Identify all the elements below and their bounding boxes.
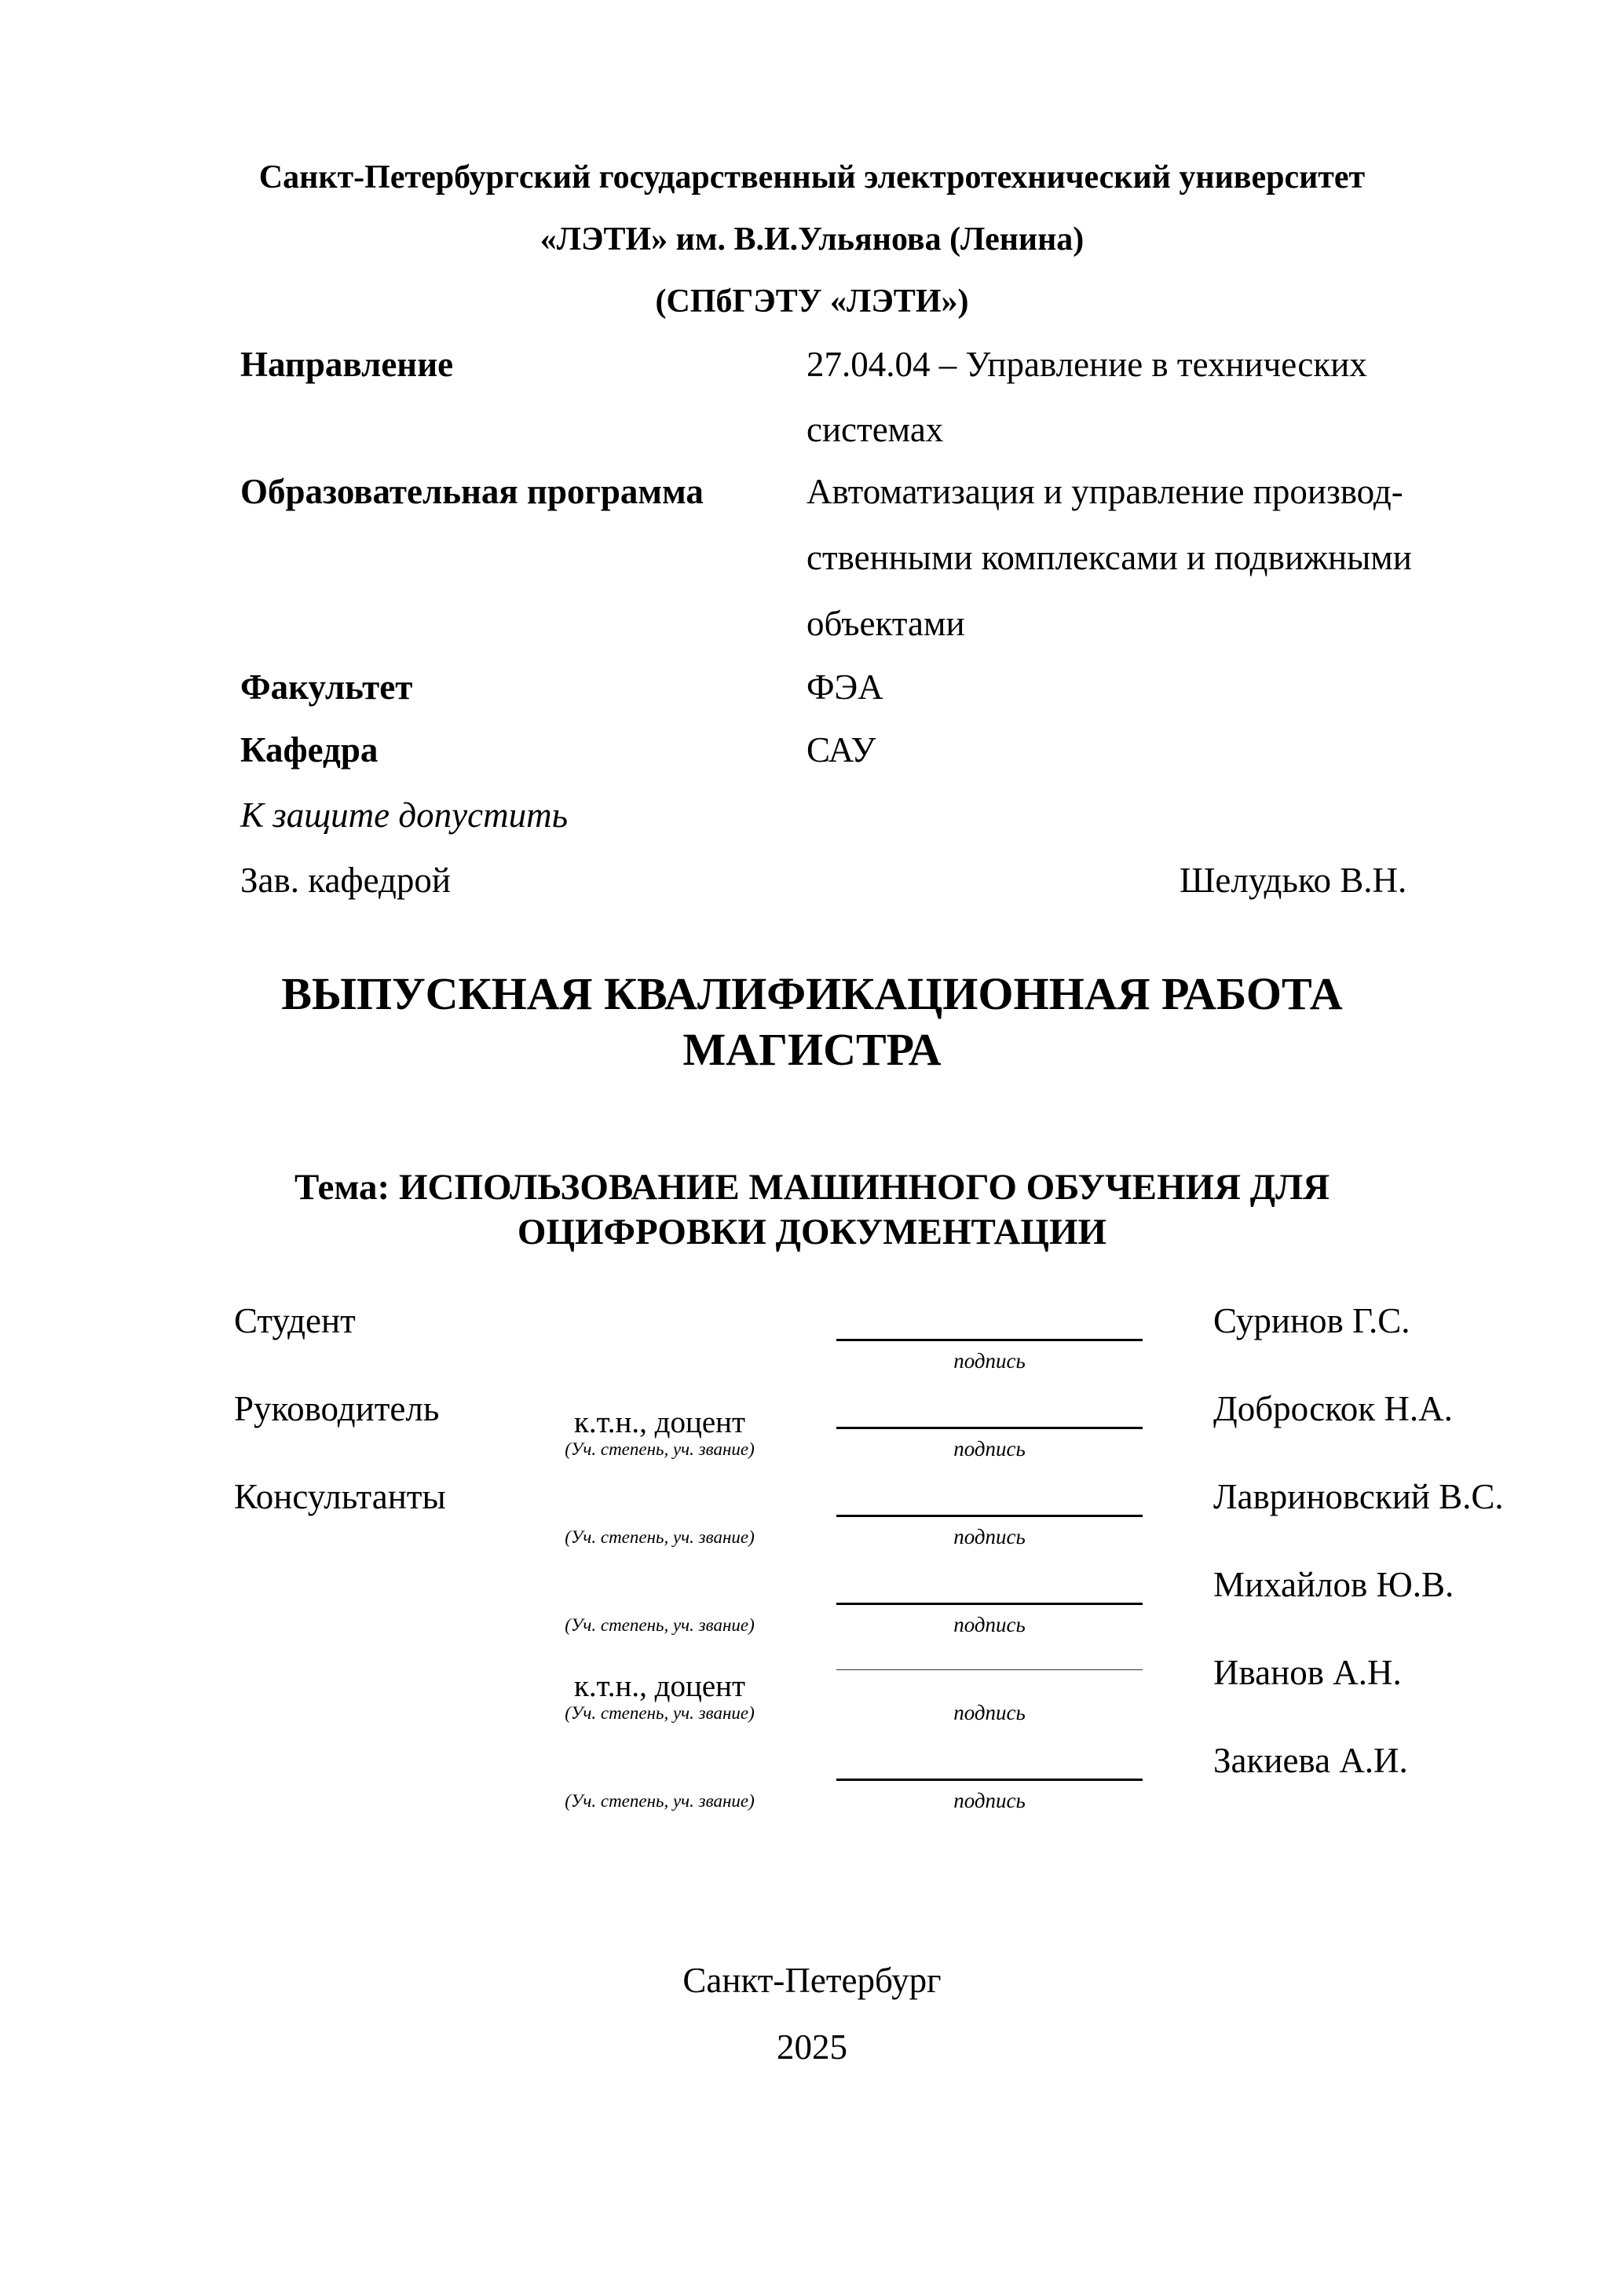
degree-caption: (Уч. степень, уч. звание) <box>487 1440 832 1458</box>
thesis-topic-cont: ОЦИФРОВКИ ДОКУМЕНТАЦИИ <box>0 1214 1624 1251</box>
signature-role: Студент <box>234 1303 356 1339</box>
signature-line[interactable] <box>836 1779 1143 1781</box>
thesis-topic: Тема: ИСПОЛЬЗОВАНИЕ МАШИННОГО ОБУЧЕНИЯ Д… <box>0 1169 1624 1206</box>
signatory-name: Доброскок Н.А. <box>1213 1391 1453 1427</box>
program-label: Образовательная программа <box>240 474 704 510</box>
signature-caption: подпись <box>836 1702 1143 1724</box>
signatory-name: Михайлов Ю.В. <box>1213 1567 1454 1603</box>
signature-role: Руководитель <box>234 1391 439 1427</box>
head-of-department-name: Шелудько В.Н. <box>1180 863 1406 898</box>
admit-to-defense: К защите допустить <box>240 798 568 833</box>
university-abbreviation: (СПбГЭТУ «ЛЭТИ») <box>0 285 1624 318</box>
signature-role: Консультанты <box>234 1479 446 1515</box>
department-label: Кафедра <box>240 733 378 768</box>
department-value: САУ <box>807 733 876 768</box>
signature-line[interactable] <box>836 1515 1143 1517</box>
direction-value: 27.04.04 – Управление в технических <box>807 347 1367 382</box>
faculty-value: ФЭА <box>807 670 883 705</box>
signature-caption: подпись <box>836 1790 1143 1812</box>
thesis-type-title-cont: МАГИСТРА <box>0 1027 1624 1073</box>
signatory-name: Иванов А.Н. <box>1213 1655 1402 1691</box>
faculty-label: Факультет <box>240 670 412 705</box>
signatory-name: Лавриновский В.С. <box>1213 1479 1504 1515</box>
signatory-name: Закиева А.И. <box>1213 1743 1408 1779</box>
academic-degree: к.т.н., доцент <box>487 1407 832 1438</box>
degree-caption: (Уч. степень, уч. звание) <box>487 1704 832 1722</box>
signature-caption: подпись <box>836 1614 1143 1636</box>
signature-caption: подпись <box>836 1439 1143 1460</box>
signature-line[interactable] <box>836 1427 1143 1429</box>
degree-caption: (Уч. степень, уч. звание) <box>487 1616 832 1634</box>
city: Санкт-Петербург <box>0 1963 1624 1998</box>
thesis-type-title: ВЫПУСКНАЯ КВАЛИФИКАЦИОННАЯ РАБОТА <box>0 971 1624 1017</box>
university-name-short: «ЛЭТИ» им. В.И.Ульянова (Ленина) <box>0 223 1624 256</box>
program-value: Автоматизация и управление производ- <box>807 474 1403 510</box>
direction-value-cont: системах <box>807 412 943 448</box>
signature-line[interactable] <box>836 1339 1143 1341</box>
program-value-cont: ственными комплексами и подвижными <box>807 540 1412 576</box>
signature-caption: подпись <box>836 1351 1143 1372</box>
direction-label: Направление <box>240 347 453 382</box>
degree-caption: (Уч. степень, уч. звание) <box>487 1792 832 1810</box>
degree-caption: (Уч. степень, уч. звание) <box>487 1528 832 1546</box>
head-of-department-label: Зав. кафедрой <box>240 863 451 898</box>
academic-degree: к.т.н., доцент <box>487 1671 832 1702</box>
signature-line[interactable] <box>836 1603 1143 1605</box>
university-name: Санкт-Петербургский государственный элек… <box>0 161 1624 194</box>
signature-line[interactable] <box>836 1669 1143 1670</box>
program-value-cont2: объектами <box>807 606 965 642</box>
year: 2025 <box>0 2030 1624 2065</box>
signature-caption: подпись <box>836 1526 1143 1548</box>
signatory-name: Суринов Г.С. <box>1213 1303 1410 1339</box>
